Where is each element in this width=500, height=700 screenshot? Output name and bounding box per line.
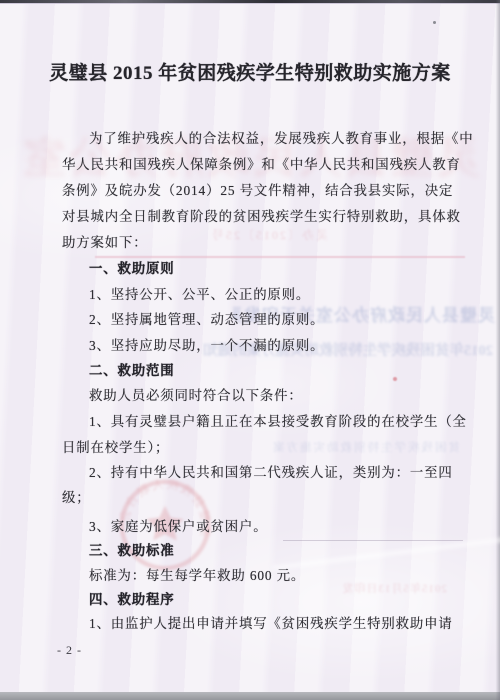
section2-heading: 二、救助范围 bbox=[89, 360, 174, 379]
section2-item-continuation: 日制在校学生）； bbox=[62, 437, 169, 456]
section2-item: 1、具有灵璧县户籍且正在本县接受教育阶段的在校学生（全 bbox=[89, 411, 467, 430]
section1-item: 2、坚持属地管理、动态管理的原则。 bbox=[89, 309, 324, 328]
section1-item: 3、坚持应助尽助，一个不漏的原则。 bbox=[89, 335, 324, 354]
section2-lead: 救助人员必须同时符合以下条件： bbox=[89, 385, 303, 404]
paragraph-line: 助方案如下： bbox=[62, 232, 147, 251]
scanned-document-page: 灵璧县人民政府办公室 灵办〔2015〕25号 灵璧县人民政府办公室关于印发灵璧县… bbox=[0, 0, 500, 700]
paragraph-line: 为了维护残疾人的合法权益，发展残疾人教育事业，根据《中 bbox=[89, 128, 474, 147]
section3-standard: 标准为：每生每学年救助 600 元。 bbox=[89, 565, 305, 584]
section4-item: 1、由监护人提出申请并填写《贫困残疾学生特别救助申请 bbox=[89, 613, 453, 632]
section2-item: 2、持有中华人民共和国第二代残疾人证，类别为：一至四 bbox=[89, 462, 453, 481]
section4-heading: 四、救助程序 bbox=[89, 589, 174, 608]
paragraph-line: 华人民共和国残疾人保障条例》和《中华人民共和国残疾人教育 bbox=[62, 154, 461, 173]
section3-heading: 三、救助标准 bbox=[89, 540, 174, 559]
section2-item: 3、家庭为低保户或贫困户。 bbox=[89, 516, 267, 535]
page-number: - 2 - bbox=[57, 643, 82, 658]
paragraph-line: 条例》及皖办发（2014）25 号文件精神，结合我县实际，决定 bbox=[62, 180, 453, 199]
section1-heading: 一、救助原则 bbox=[89, 258, 174, 277]
section1-item: 1、坚持公开、公平、公正的原则。 bbox=[89, 284, 310, 303]
document-title: 灵璧县 2015 年贫困残疾学生特别救助实施方案 bbox=[0, 58, 500, 85]
paragraph-line: 对县城内全日制教育阶段的贫困残疾学生实行特别救助，具体救 bbox=[62, 206, 461, 225]
document-body: 灵璧县 2015 年贫困残疾学生特别救助实施方案 为了维护残疾人的合法权益，发展… bbox=[0, 0, 500, 700]
section2-item-continuation: 级； bbox=[62, 487, 90, 506]
